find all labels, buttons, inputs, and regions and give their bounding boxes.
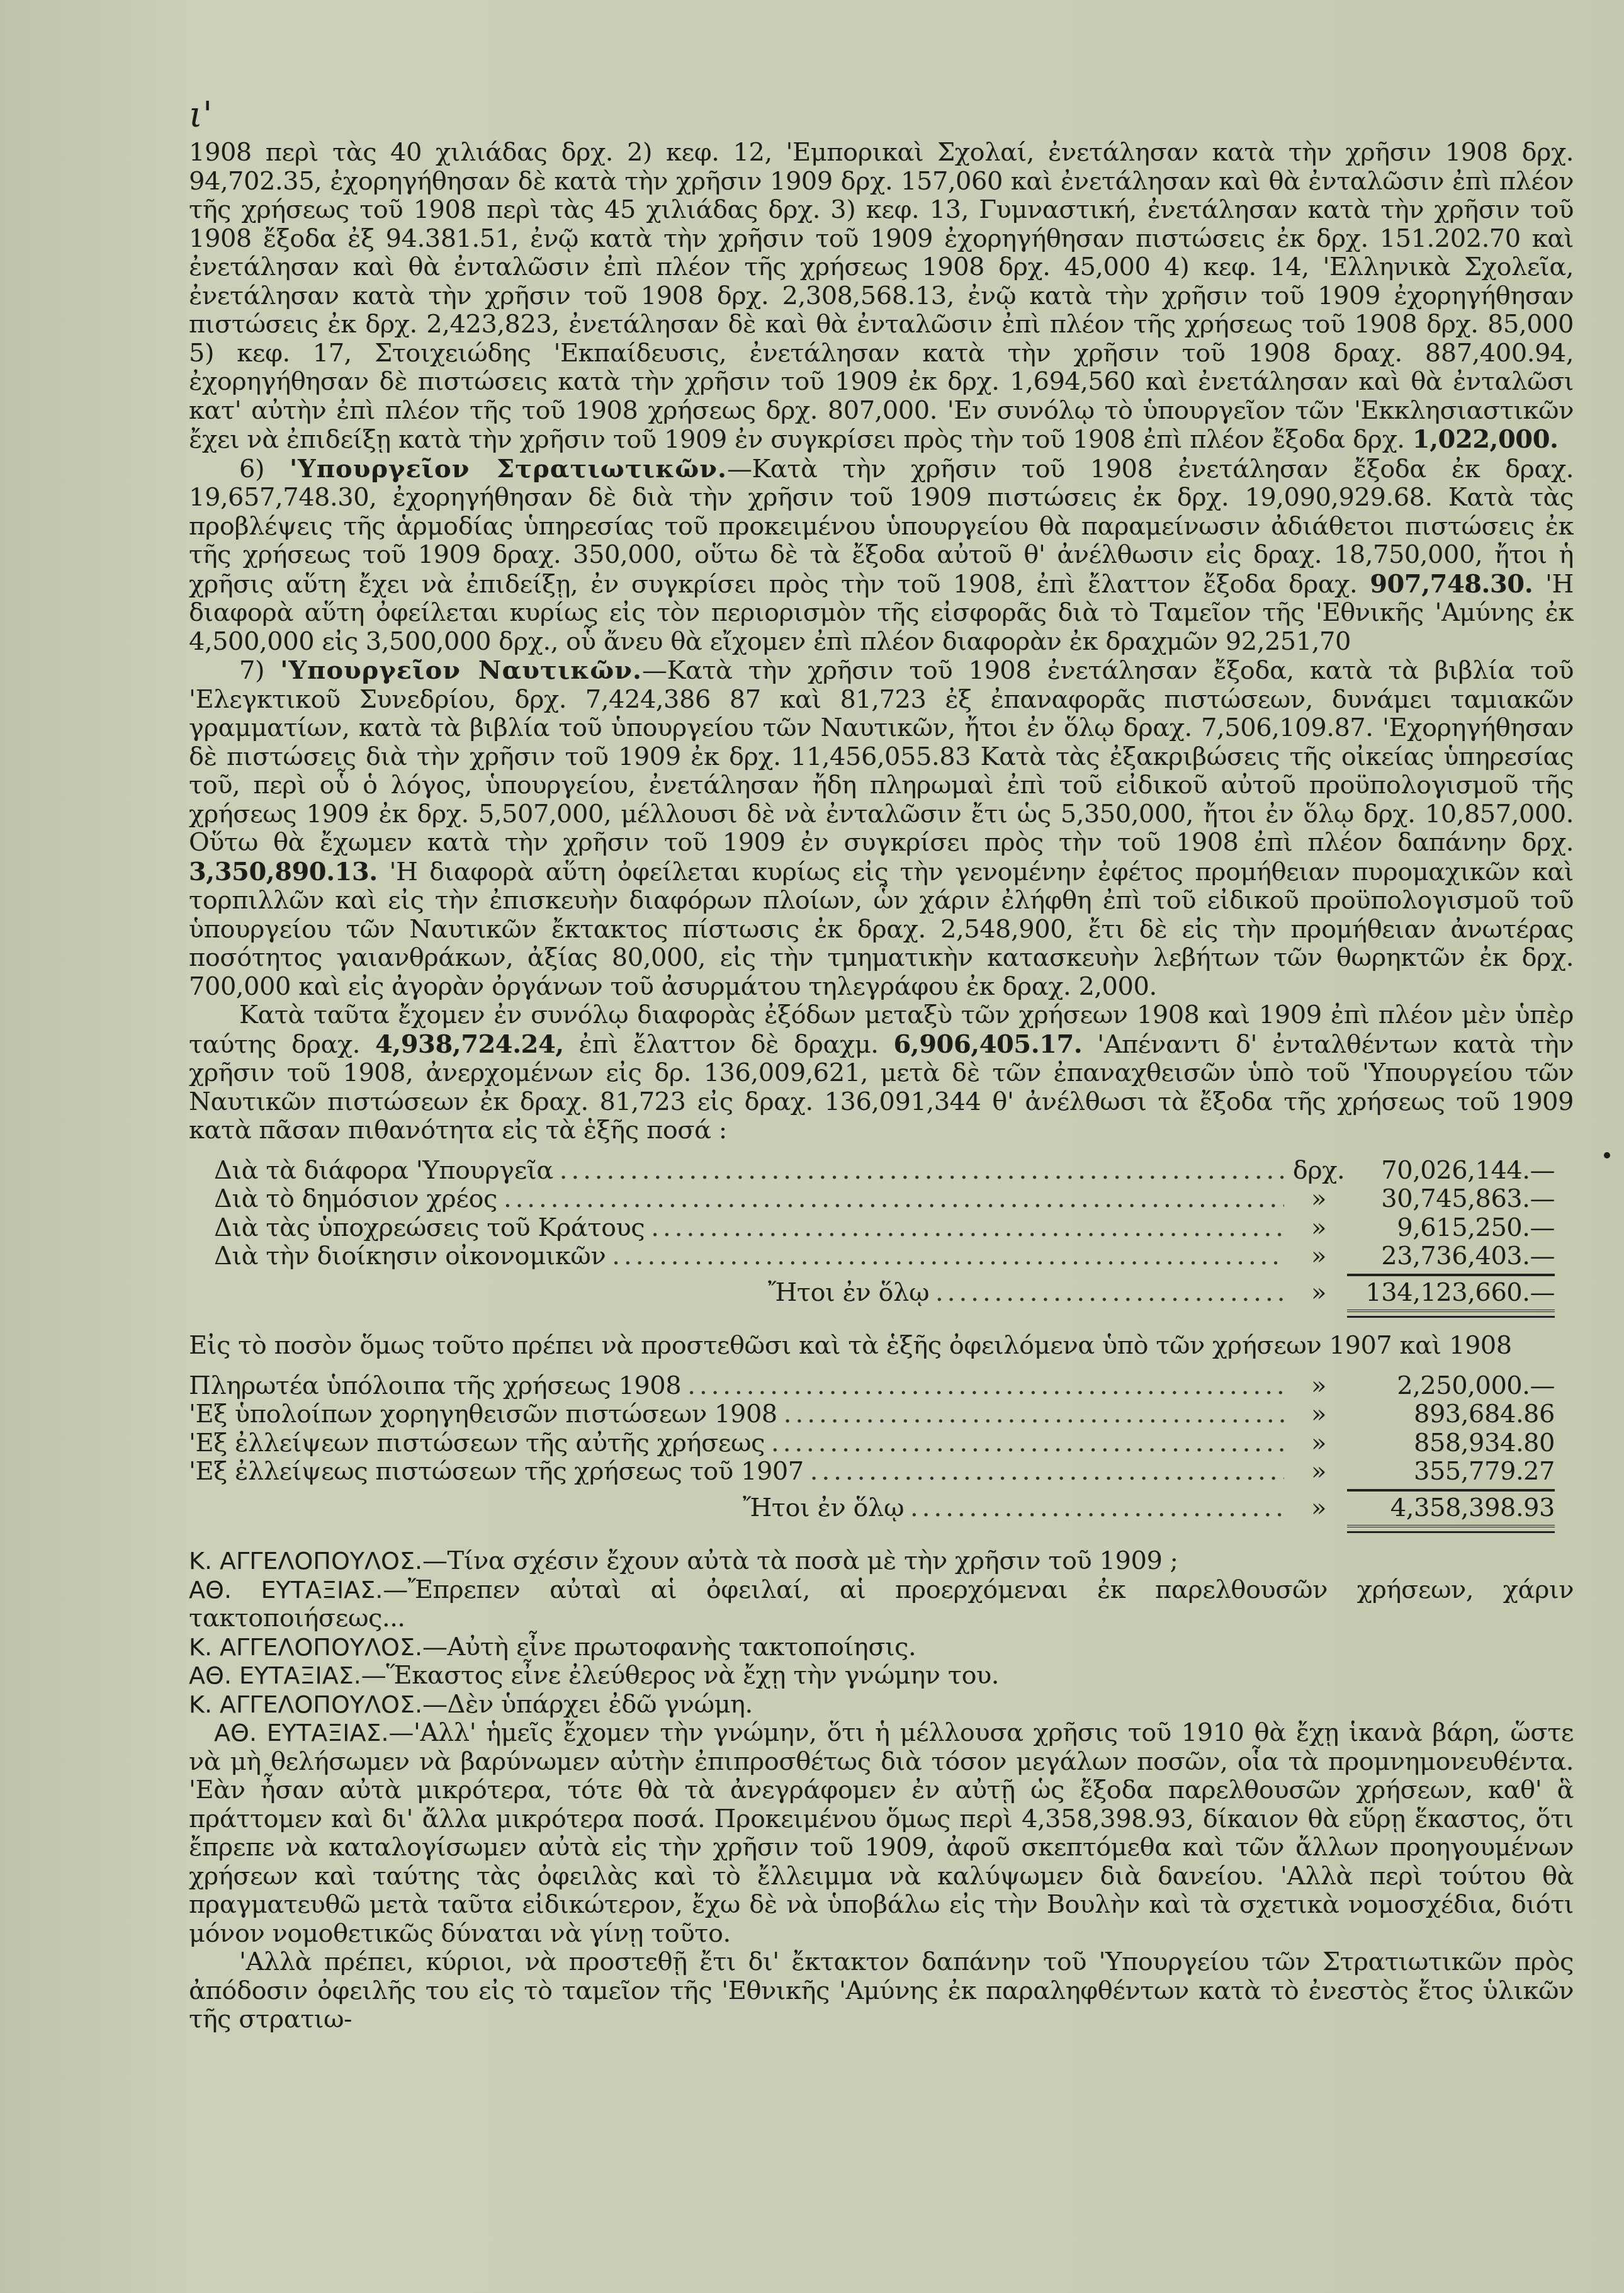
- dialogue-line: ΑΘ. ΕΥΤΑΞΙΑΣ.—Ἔπρεπεν αὐταὶ αἱ ὀφειλαί, …: [189, 1576, 1574, 1633]
- amount-naval-difference: 3,350,890.13.: [189, 857, 378, 886]
- leader-dots: [810, 1458, 1284, 1486]
- sum-rule: [1347, 1489, 1555, 1492]
- paragraph-ministry-naval: 7) 'Υπουργεῖον Ναυτικῶν.—Κατὰ τὴν χρῆσιν…: [189, 656, 1574, 1001]
- margin-ink-dot: [1604, 1152, 1610, 1158]
- document-body: 1908 περὶ τὰς 40 χιλιάδας δρχ. 2) κεφ. 1…: [189, 139, 1574, 2034]
- speaker-name: ΑΘ. ΕΥΤΑΞΙΑΣ.: [189, 1576, 383, 1604]
- dialogue-line: ΑΘ. ΕΥΤΑΞΙΑΣ.—Ἕκαστος εἶνε ἐλεύθερος νὰ …: [189, 1662, 1574, 1690]
- leader-dots: [612, 1242, 1284, 1271]
- amount-decrease: 6,906,405.17.: [894, 1029, 1083, 1059]
- leader-dots: [504, 1185, 1284, 1214]
- speaker-name: Κ. ΑΓΓΕΛΟΠΟΥΛΟΣ.: [189, 1633, 422, 1661]
- total-double-rule: [1347, 1525, 1555, 1533]
- leader-dots: [771, 1429, 1284, 1458]
- leader-dots: [560, 1157, 1284, 1186]
- ledger-row: Διὰ τὴν διοίκησιν οἰκονομικῶν » 23,736,4…: [214, 1242, 1555, 1271]
- ledger-total-amount: 4,358,398.93: [1347, 1494, 1555, 1523]
- ledger-row: Διὰ τὸ δημόσιον χρέος » 30,745,863.—: [214, 1185, 1555, 1214]
- expense-ledger-1909: Διὰ τὰ διάφορα 'Υπουργεῖα δρχ. 70,026,14…: [214, 1157, 1555, 1321]
- total-amount-ecclesiastical: 1,022,000.: [1413, 424, 1559, 454]
- ledger-total-row: Ἤτοι ἐν ὅλῳ » 4,358,398.93: [189, 1494, 1555, 1523]
- ledger-row: Διὰ τὰ διάφορα 'Υπουργεῖα δρχ. 70,026,14…: [214, 1157, 1555, 1186]
- ledger-total-amount: 134,123,660.—: [1347, 1279, 1555, 1308]
- dialogue-line: Κ. ΑΓΓΕΛΟΠΟΥΛΟΣ.—Δὲν ὑπάρχει ἐδῶ γνώμη.: [189, 1690, 1574, 1719]
- paragraph-closing: 'Αλλὰ πρέπει, κύριοι, νὰ προστεθῇ ἔτι δι…: [189, 1948, 1574, 2034]
- section-heading-naval: 'Υπουργεῖον Ναυτικῶν.: [280, 655, 642, 685]
- ledger-row: Διὰ τὰς ὑποχρεώσεις τοῦ Κράτους » 9,615,…: [214, 1214, 1555, 1243]
- sum-rule: [1347, 1274, 1555, 1276]
- section-heading-military: 'Υπουργεῖον Στρατιωτικῶν.: [290, 454, 727, 484]
- ledger-row: 'Εξ ἐλλείψεως πιστώσεων τῆς χρήσεως τοῦ …: [189, 1458, 1555, 1486]
- amount-military-difference: 907,748.30.: [1370, 569, 1533, 599]
- speaker-name: Κ. ΑΓΓΕΛΟΠΟΥΛΟΣ.: [189, 1690, 422, 1718]
- dialogue-line: Κ. ΑΓΓΕΛΟΠΟΥΛΟΣ.—Τίνα σχέσιν ἔχουν αὐτὰ …: [189, 1547, 1574, 1576]
- paragraph-ministry-military: 6) 'Υπουργεῖον Στρατιωτικῶν.—Κατὰ τὴν χρ…: [189, 455, 1574, 657]
- ledger-row: 'Εξ ἐλλείψεων πιστώσεων τῆς αὐτῆς χρήσεω…: [189, 1429, 1555, 1458]
- leader-dots: [687, 1372, 1284, 1401]
- dialogue-line: ΑΘ. ΕΥΤΑΞΙΑΣ.—'Αλλ' ἡμεῖς ἔχομεν τὴν γνώ…: [189, 1719, 1574, 1948]
- ledger-row: 'Εξ ὑπολοίπων χορηγηθεισῶν πιστώσεων 190…: [189, 1400, 1555, 1429]
- total-double-rule: [1347, 1310, 1555, 1318]
- leader-dots: [651, 1214, 1284, 1243]
- paragraph-summary: Κατὰ ταῦτα ἔχομεν ἐν συνόλῳ διαφορὰς ἐξό…: [189, 1001, 1574, 1145]
- arrears-ledger: Πληρωτέα ὑπόλοιπα τῆς χρήσεως 1908 » 2,2…: [189, 1372, 1555, 1536]
- speaker-name: Κ. ΑΓΓΕΛΟΠΟΥΛΟΣ.: [189, 1547, 422, 1575]
- speaker-name: ΑΘ. ΕΥΤΑΞΙΑΣ.: [189, 1662, 361, 1689]
- paragraph-bridge: Εἰς τὸ ποσὸν ὅμως τοῦτο πρέπει νὰ προστε…: [189, 1332, 1574, 1361]
- page-number-marker: ι': [189, 94, 212, 135]
- ledger-total-row: Ἤτοι ἐν ὅλῳ » 134,123,660.—: [214, 1279, 1555, 1308]
- amount-increase: 4,938,724.24,: [375, 1029, 564, 1059]
- paragraph-education-chapters: 1908 περὶ τὰς 40 χιλιάδας δρχ. 2) κεφ. 1…: [189, 139, 1574, 455]
- speaker-name: ΑΘ. ΕΥΤΑΞΙΑΣ.: [214, 1719, 389, 1747]
- leader-dots: [935, 1279, 1284, 1308]
- ledger-row: Πληρωτέα ὑπόλοιπα τῆς χρήσεως 1908 » 2,2…: [189, 1372, 1555, 1401]
- dialogue-line: Κ. ΑΓΓΕΛΟΠΟΥΛΟΣ.—Αὐτὴ εἶνε πρωτοφανὴς τα…: [189, 1633, 1574, 1662]
- leader-dots: [784, 1400, 1284, 1429]
- leader-dots: [910, 1494, 1284, 1523]
